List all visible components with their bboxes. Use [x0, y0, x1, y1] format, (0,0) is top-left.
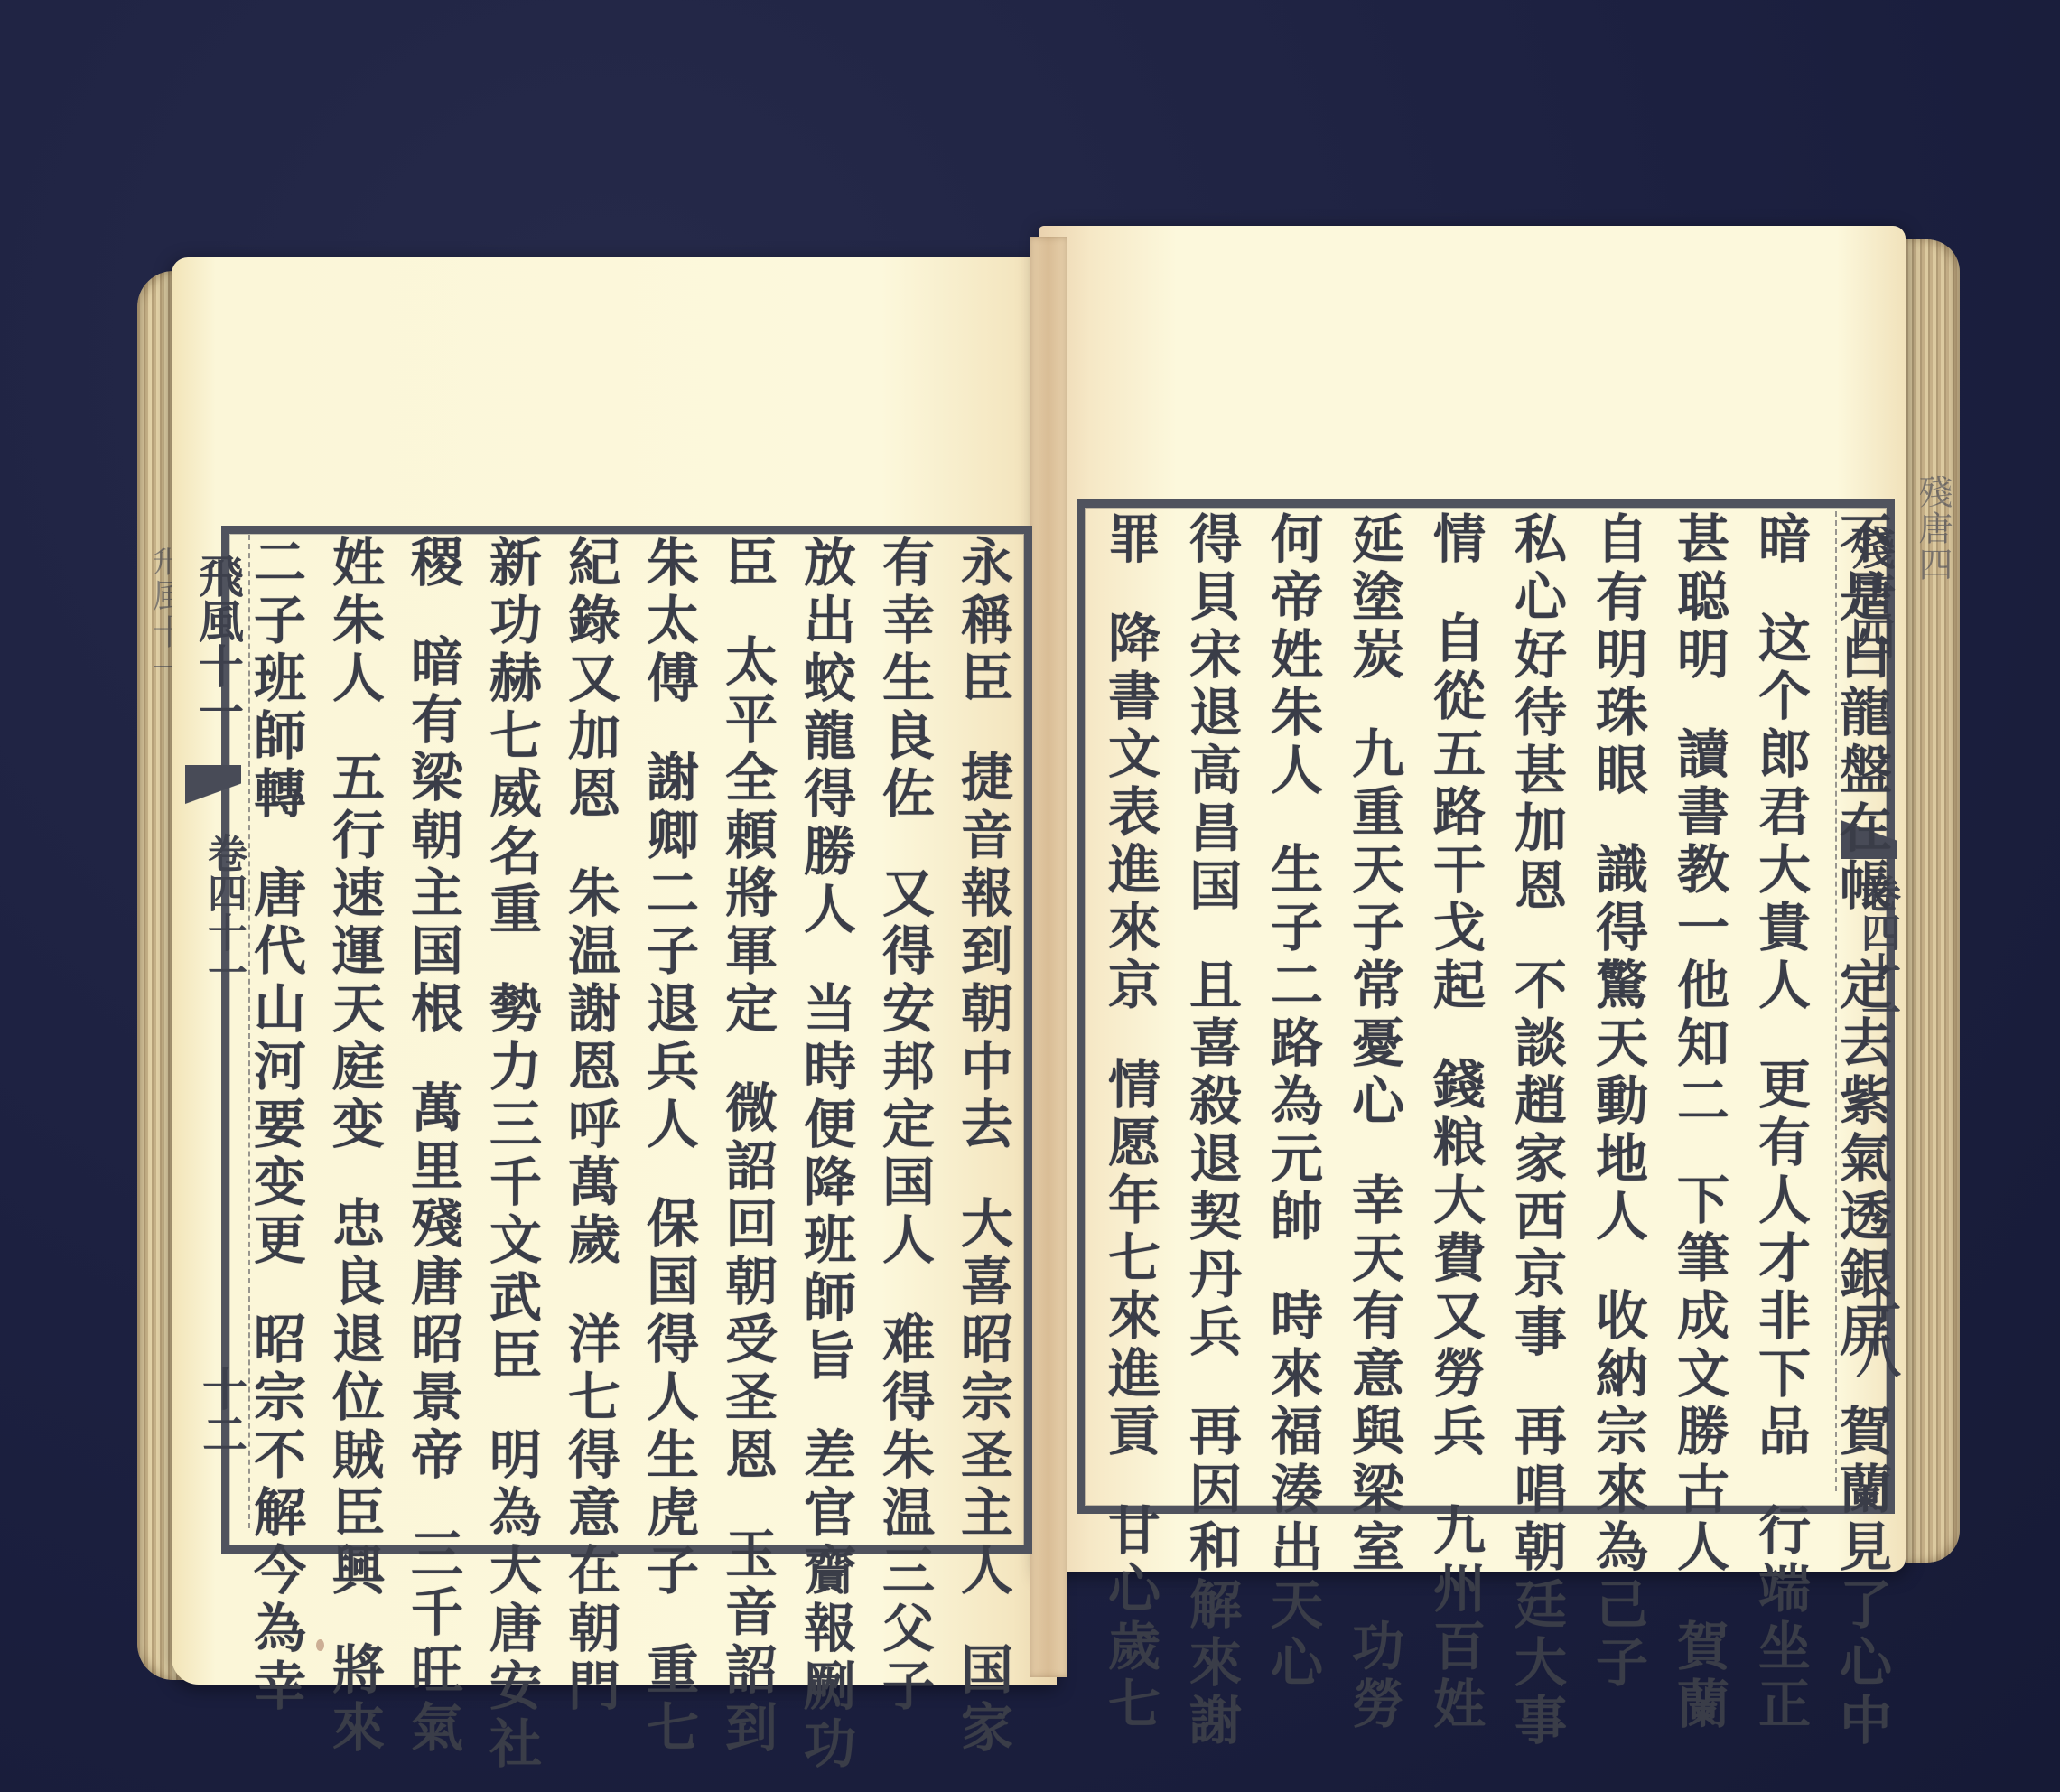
text-column: 紀錄又加恩朱温謝恩呼萬歲洋七得意在朝門	[551, 535, 629, 1528]
text-column: 新功赫七威名重勢力三千文武臣明為大唐安社	[472, 535, 551, 1528]
text-column: 自有明珠眼識得驚天動地人收納宗來為己子	[1576, 511, 1657, 1491]
text-column: 延塗炭九重天子常憂心幸天有意與梁室功勞	[1332, 511, 1413, 1491]
text-column: 臣太平全頼將軍定微詔回朝受圣恩玉音詔到	[708, 535, 787, 1528]
text-column: 不是白龍盤在帳定去紫氣透銀屏賀蘭見了心中	[1820, 511, 1901, 1491]
text-column: 甚聪明讀書教一他知二下筆成文勝古人賀蘭	[1657, 511, 1738, 1491]
text-column: 二子班師轉唐代山河要变更昭宗不解今為幸	[237, 535, 315, 1528]
text-column: 稷暗有梁朝主国根萬里殘唐昭景帝三千旺氣	[394, 535, 472, 1528]
open-book: 飛風十一 殘唐四 飛風十一 卷四十一 十二 永稱臣捷音報到朝中去大喜昭宗圣主人国…	[0, 0, 2060, 1792]
text-column: 私心好待甚加恩不談趙家西京事再唱朝廷大事	[1495, 511, 1576, 1491]
text-column: 有幸生良佐又得安邦定国人难得朱温三父子	[865, 535, 944, 1528]
text-column: 情自從五路干戈起錢粮大費又勞兵九州百姓	[1413, 511, 1495, 1491]
text-column: 放出蛟龍得勝人当時便降班師旨差官齎報劂功	[787, 535, 865, 1528]
text-column: 姓朱人五行速運天庭变忠良退位賊臣興將來	[315, 535, 394, 1528]
left-text-columns: 永稱臣捷音報到朝中去大喜昭宗圣主人国家 有幸生良佐又得安邦定国人难得朱温三父子 …	[237, 535, 1022, 1528]
book-gutter	[1030, 237, 1067, 1677]
text-column: 永稱臣捷音報到朝中去大喜昭宗圣主人国家	[944, 535, 1022, 1528]
text-column: 何帝姓朱人生子二路為元帥時來福湊出天心	[1251, 511, 1332, 1491]
text-column: 朱太傅謝卿二子退兵人保国得人生虎子重七	[629, 535, 708, 1528]
text-column: 罪降書文表進來京情愿年七來進貢甘心歲七	[1088, 511, 1170, 1491]
right-text-columns: 不是白龍盤在帳定去紫氣透銀屏賀蘭見了心中 暗这个郎君大貴人更有人才非下品行端坐正…	[1088, 511, 1901, 1491]
text-column: 得貝宋退高昌国且喜殺退契丹兵再因和解來謝	[1170, 511, 1251, 1491]
text-column: 暗这个郎君大貴人更有人才非下品行端坐正	[1738, 511, 1820, 1491]
right-page-stack-edge: 殘唐四	[1906, 239, 1960, 1563]
edge-print-marks: 殘唐四	[1915, 474, 1951, 583]
fish-tail-mark-icon	[185, 765, 241, 815]
